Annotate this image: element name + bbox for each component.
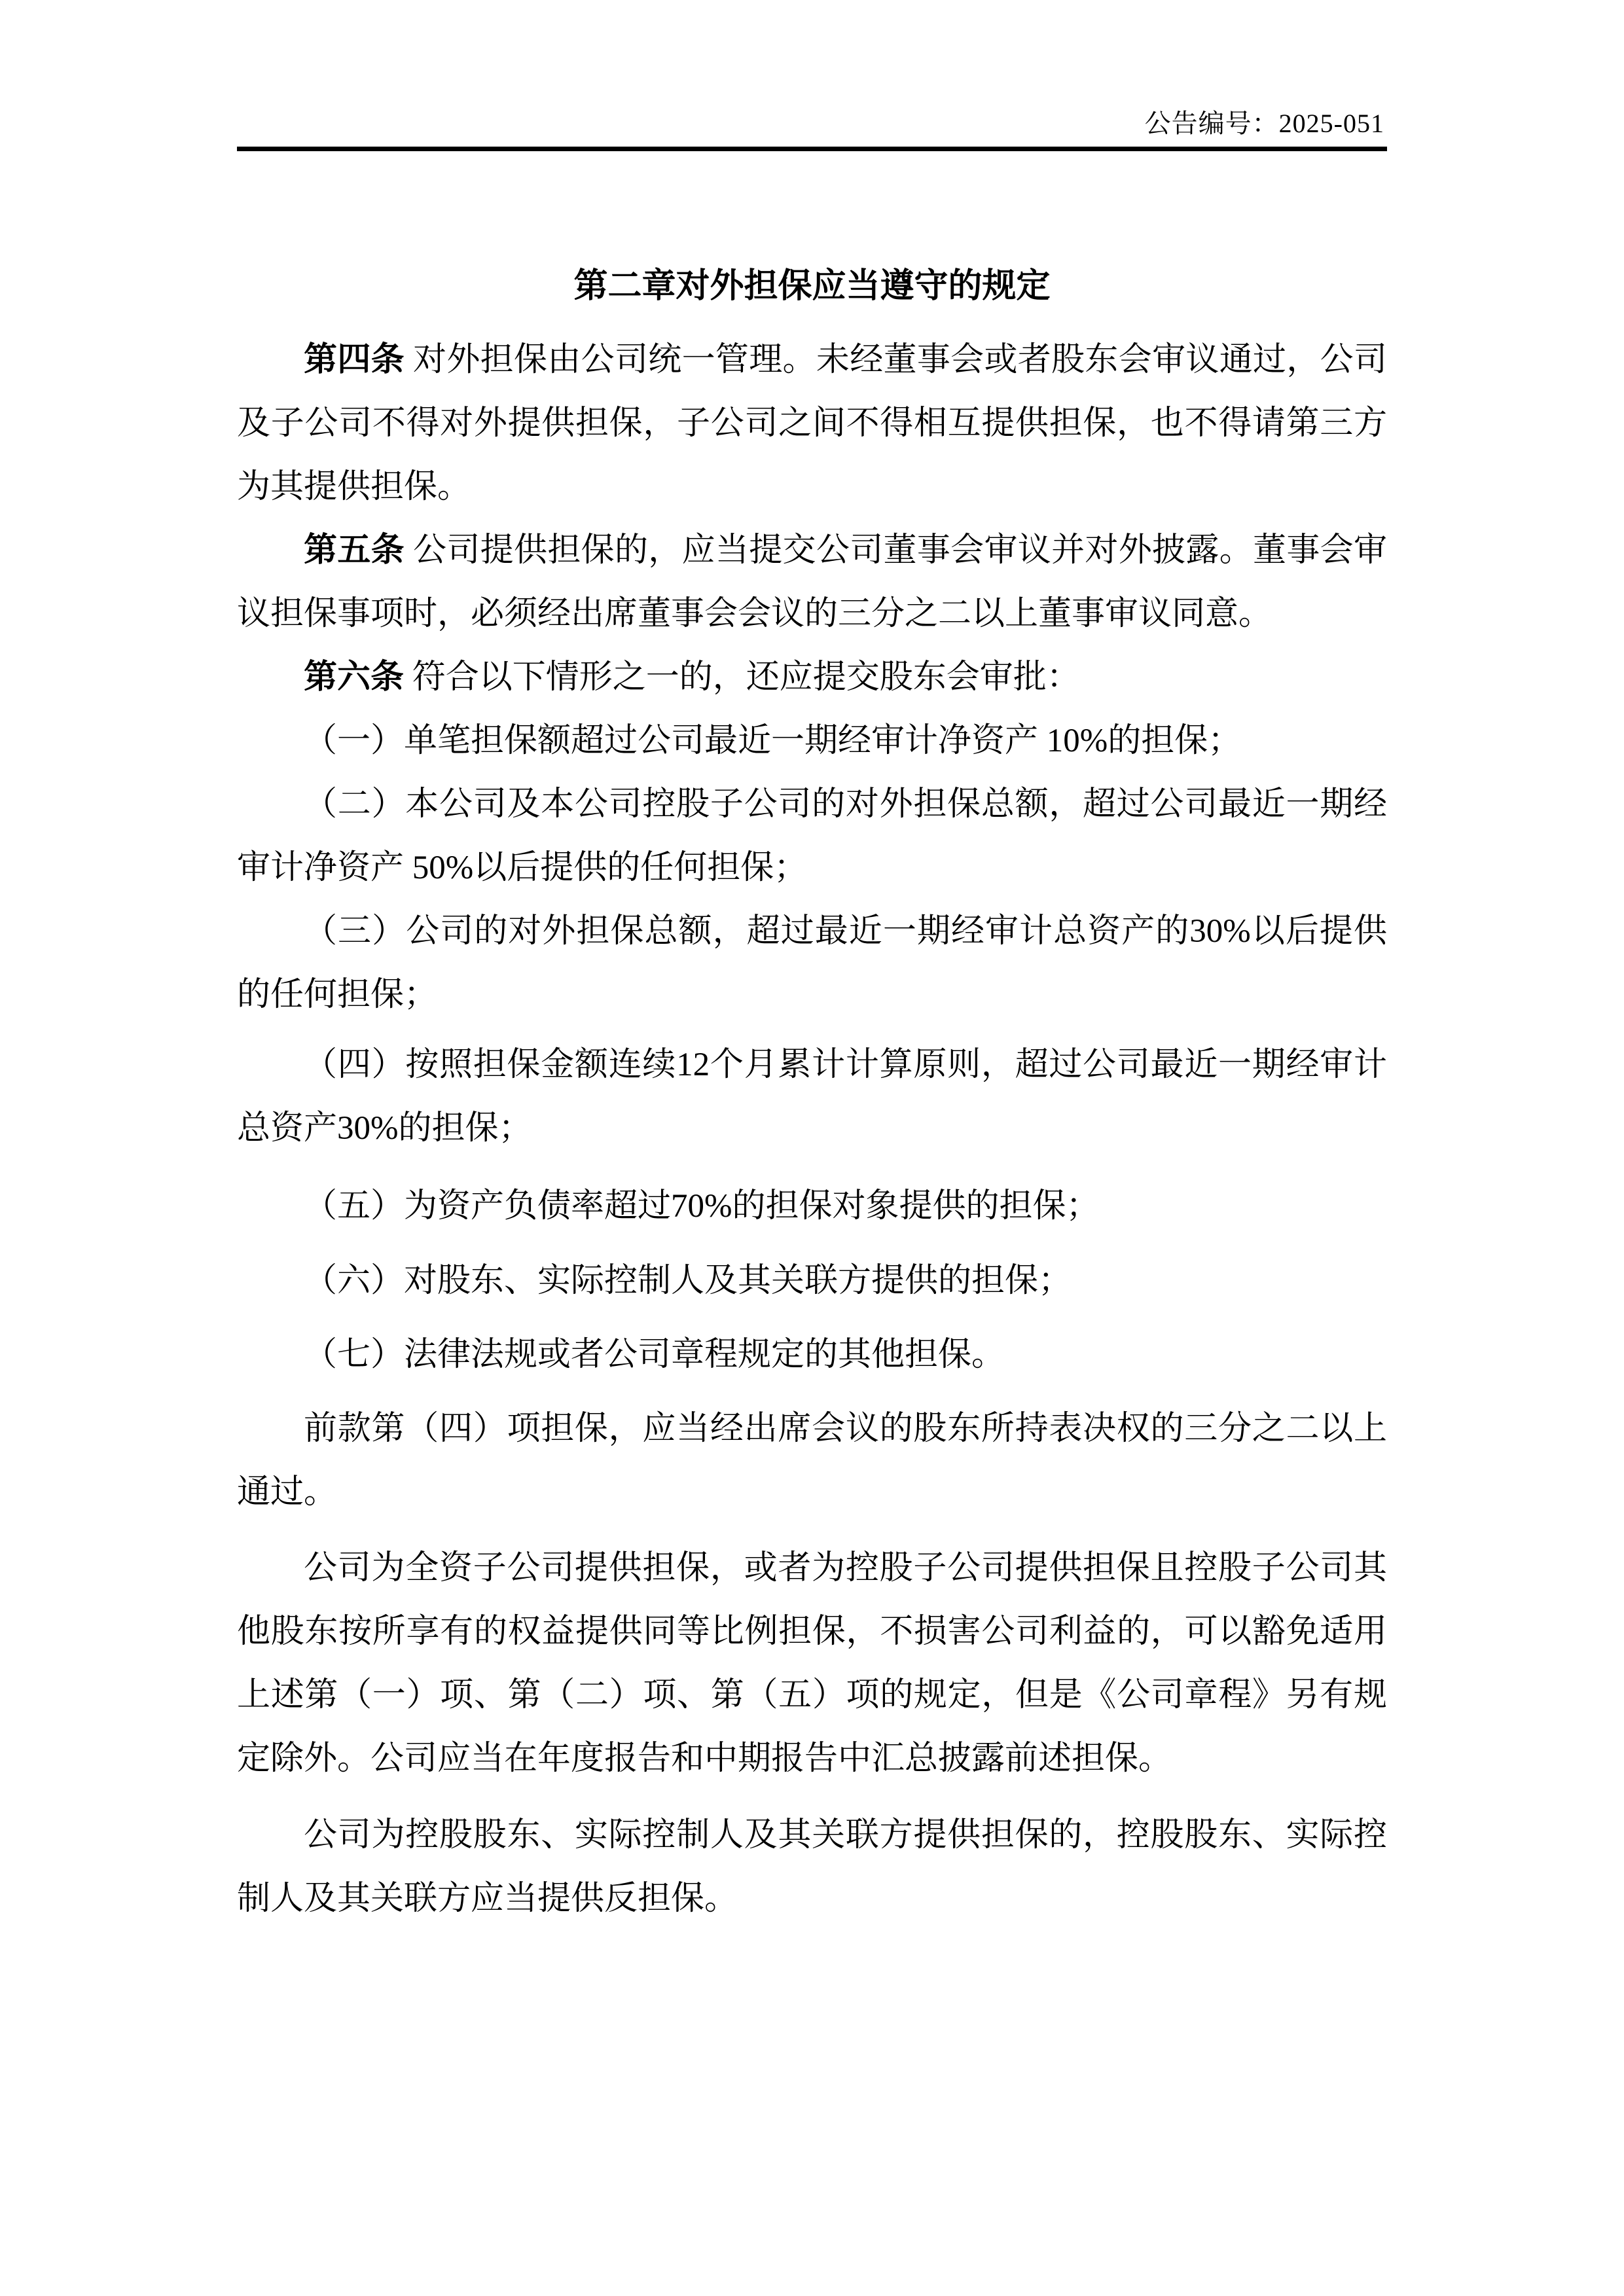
article-number: 第五条 (304, 532, 405, 569)
paragraph: （六）对股东、实际控制人及其关联方提供的担保； (237, 1249, 1387, 1313)
article-number: 第六条 (304, 659, 404, 696)
document-page: 公告编号：2025-051 第二章对外担保应当遵守的规定 第四条 对外担保由公司… (0, 0, 1624, 2296)
paragraph: （四）按照担保金额连续12个月累计计算原则，超过公司最近一期经审计总资产30%的… (237, 1033, 1387, 1160)
paragraph: 第五条 公司提供担保的，应当提交公司董事会审议并对外披露。董事会审议担保事项时，… (237, 519, 1387, 646)
paragraph: 第四条 对外担保由公司统一管理。未经董事会或者股东会审议通过，公司及子公司不得对… (237, 329, 1387, 519)
header-rule (237, 147, 1387, 151)
document-body: 第四条 对外担保由公司统一管理。未经董事会或者股东会审议通过，公司及子公司不得对… (237, 329, 1387, 1931)
paragraph: 第六条 符合以下情形之一的，还应提交股东会审批： (237, 646, 1387, 709)
paragraph: 公司为控股股东、实际控制人及其关联方提供担保的，控股股东、实际控制人及其关联方应… (237, 1804, 1387, 1931)
paragraph: 公司为全资子公司提供担保，或者为控股子公司提供担保且控股子公司其他股东按所享有的… (237, 1537, 1387, 1791)
paragraph: （三）公司的对外担保总额，超过最近一期经审计总资产的30%以后提供的任何担保； (237, 900, 1387, 1027)
paragraph: 前款第（四）项担保，应当经出席会议的股东所持表决权的三分之二以上通过。 (237, 1397, 1387, 1524)
paragraph: （一）单笔担保额超过公司最近一期经审计净资产 10%的担保； (237, 709, 1387, 773)
document-content: 第二章对外担保应当遵守的规定 第四条 对外担保由公司统一管理。未经董事会或者股东… (237, 264, 1387, 1931)
chapter-title: 第二章对外担保应当遵守的规定 (237, 264, 1387, 310)
paragraph: （七）法律法规或者公司章程规定的其他担保。 (237, 1323, 1387, 1387)
article-number: 第四条 (304, 342, 405, 378)
paragraph: （二）本公司及本公司控股子公司的对外担保总额，超过公司最近一期经审计净资产 50… (237, 773, 1387, 900)
announcement-number: 公告编号：2025-051 (0, 0, 1624, 137)
paragraph: （五）为资产负债率超过70%的担保对象提供的担保； (237, 1175, 1387, 1238)
